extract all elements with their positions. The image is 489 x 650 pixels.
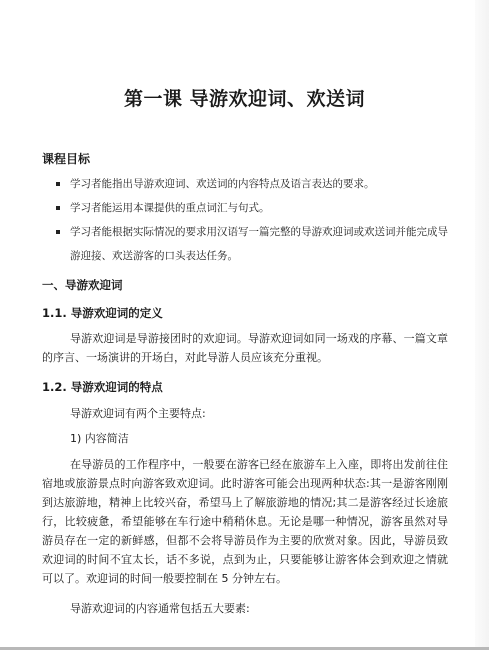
page-edge [475,0,489,647]
subsection-heading: 1.1. 导游欢迎词的定义 [42,305,163,321]
bullet-icon [56,230,60,234]
document-page: 第一课 导游欢迎词、欢送词 课程目标 学习者能指出导游欢迎词、欢送词的内容特点及… [0,0,475,647]
goals-heading: 课程目标 [42,150,90,167]
elements-intro: 导游欢迎词的内容通常包括五大要素: [70,600,250,616]
goals-list: 学习者能指出导游欢迎词、欢送词的内容特点及语言表达的要求。 学习者能运用本课提供… [56,172,456,268]
definition-paragraph: 导游欢迎词是导游接团时的欢迎词。导游欢迎词如同一场戏的序幕、一篇文章的序言、一场… [42,329,448,367]
goal-item: 学习者能根据实际情况的要求用汉语写一篇完整的导游欢迎词或欢送词并能完成导游迎接、… [56,220,456,268]
goal-item: 学习者能指出导游欢迎词、欢送词的内容特点及语言表达的要求。 [56,172,456,196]
document-title: 第一课 导游欢迎词、欢送词 [0,84,489,111]
bullet-icon [56,206,60,210]
features-intro: 导游欢迎词有两个主要特点: [70,405,206,421]
goal-item: 学习者能运用本课提供的重点词汇与句式。 [56,196,456,220]
feature-paragraph: 在导游员的工作程序中，一般要在游客已经在旅游车上入座，即将出发前往住宿地或旅游景… [42,455,448,588]
section-heading: 一、导游欢迎词 [42,277,123,293]
subsection-heading: 1.2. 导游欢迎词的特点 [42,379,163,395]
feature-point: 1) 内容简洁 [70,430,129,446]
bullet-icon [56,182,60,186]
